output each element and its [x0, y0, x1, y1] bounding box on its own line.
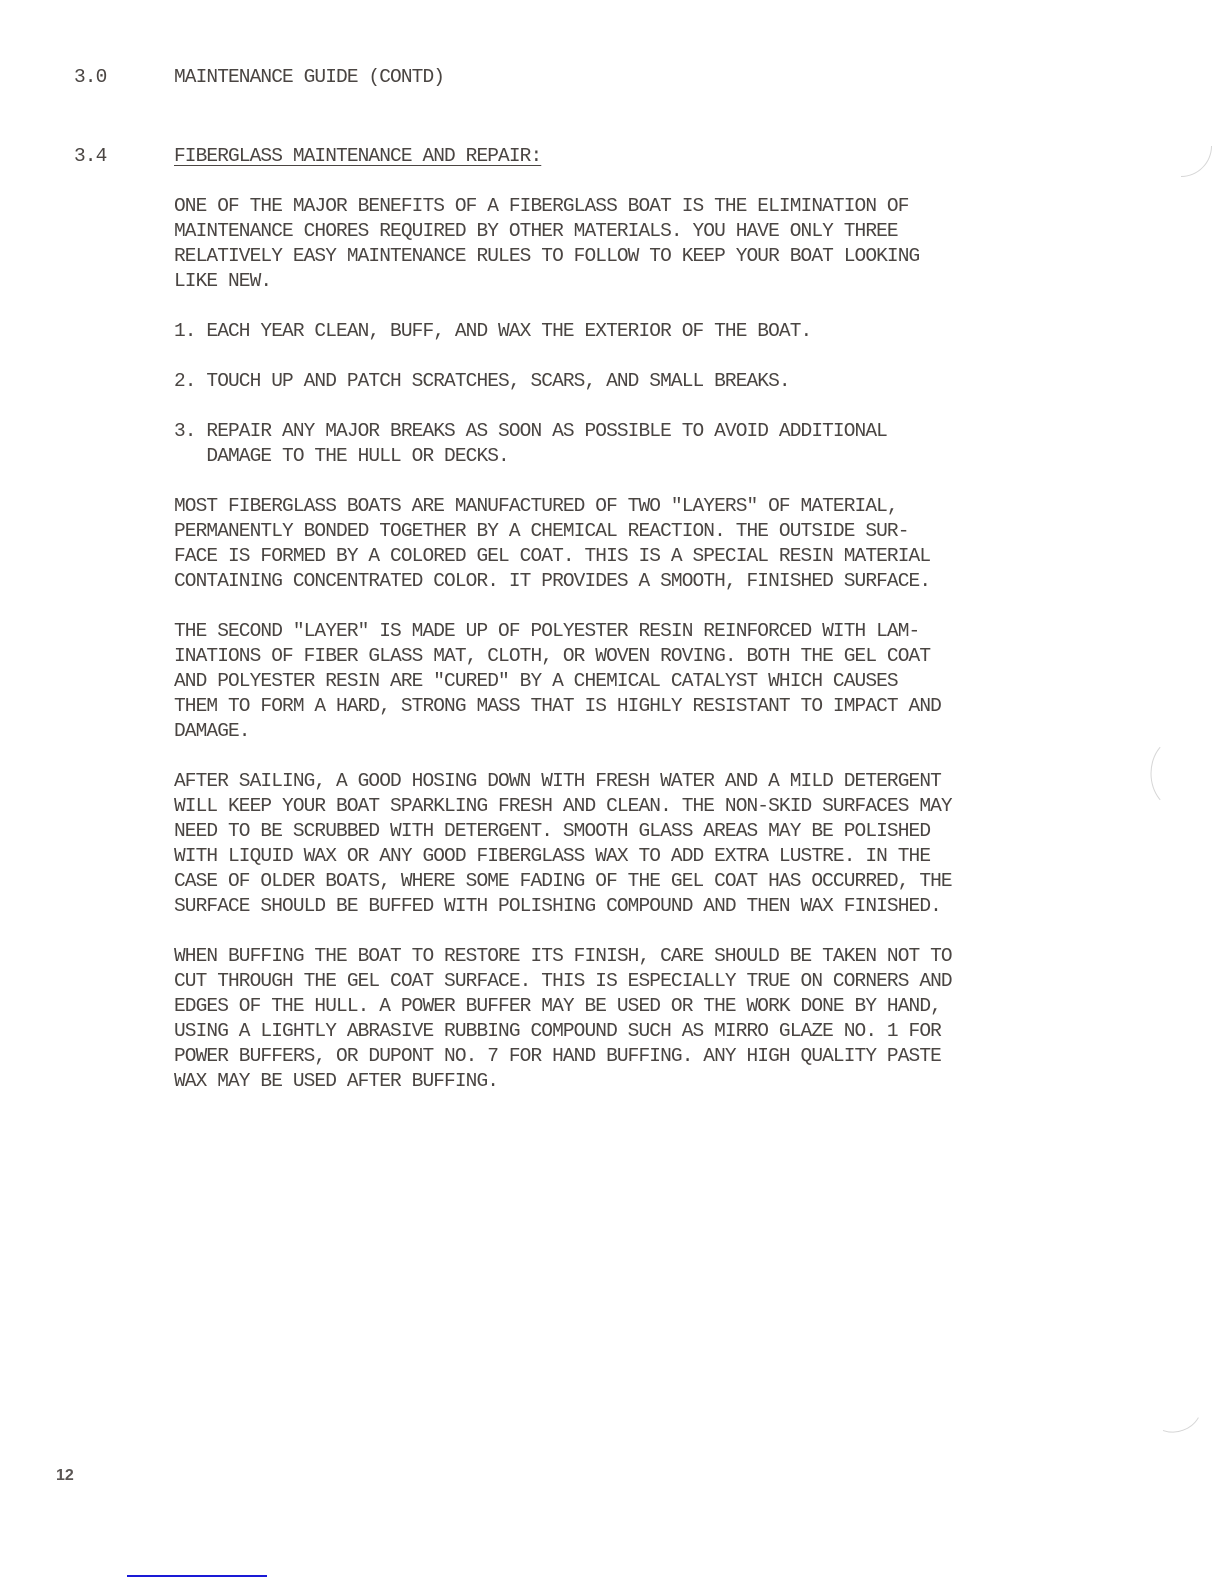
- blue-rule: [127, 1575, 267, 1577]
- section-number: 3.0: [74, 66, 106, 88]
- page-number: 12: [56, 1467, 74, 1485]
- list-item: 3. REPAIR ANY MAJOR BREAKS AS SOON AS PO…: [174, 420, 887, 442]
- binder-hole-mark: [1144, 1382, 1207, 1439]
- list-item: 2. TOUCH UP AND PATCH SCRATCHES, SCARS, …: [174, 370, 790, 392]
- subsection-title: FIBERGLASS MAINTENANCE AND REPAIR:: [174, 145, 541, 167]
- binder-hole-mark: [1137, 102, 1224, 190]
- binder-hole-mark: [1151, 738, 1208, 810]
- subsection-number: 3.4: [74, 145, 106, 167]
- list-item: 1. EACH YEAR CLEAN, BUFF, AND WAX THE EX…: [174, 320, 811, 342]
- list-item-continued: DAMAGE TO THE HULL OR DECKS.: [174, 445, 509, 467]
- section-title: MAINTENANCE GUIDE (CONTD): [174, 66, 444, 88]
